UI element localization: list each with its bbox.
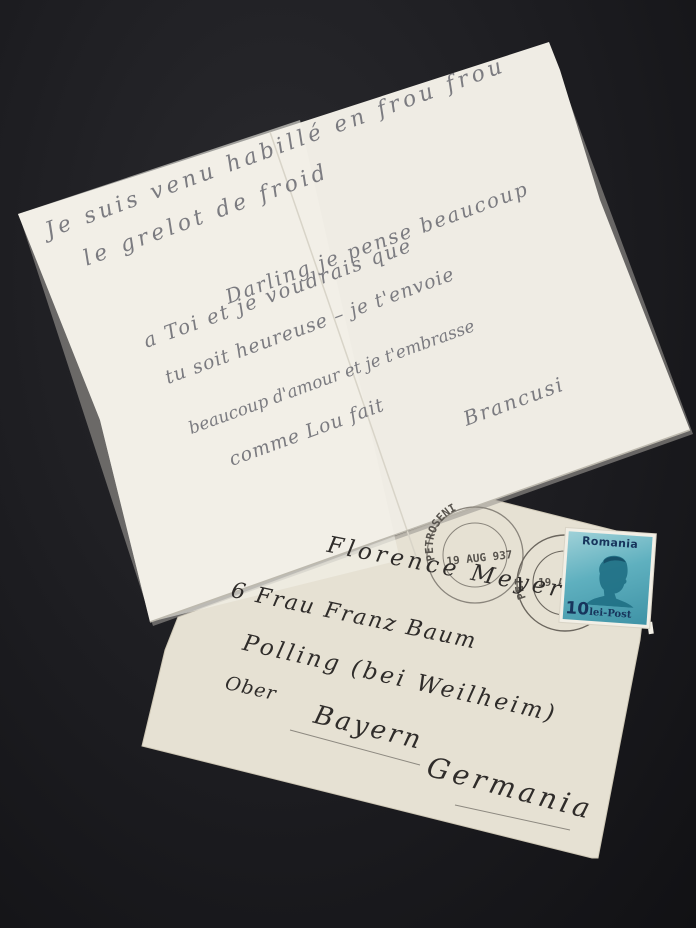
stamp-unit: lei-Post (589, 607, 632, 621)
postage-stamp: Romania 10 lei-Post (559, 528, 655, 628)
stamp-value: 10 (565, 598, 590, 620)
paper-shapes (0, 0, 696, 928)
stamp-country: Romania (568, 533, 653, 552)
photo-scene: Je suis venu habillé en frou frou le gre… (0, 0, 696, 928)
stamp-face: Romania 10 lei-Post (563, 531, 653, 625)
king-portrait-icon (586, 551, 638, 608)
